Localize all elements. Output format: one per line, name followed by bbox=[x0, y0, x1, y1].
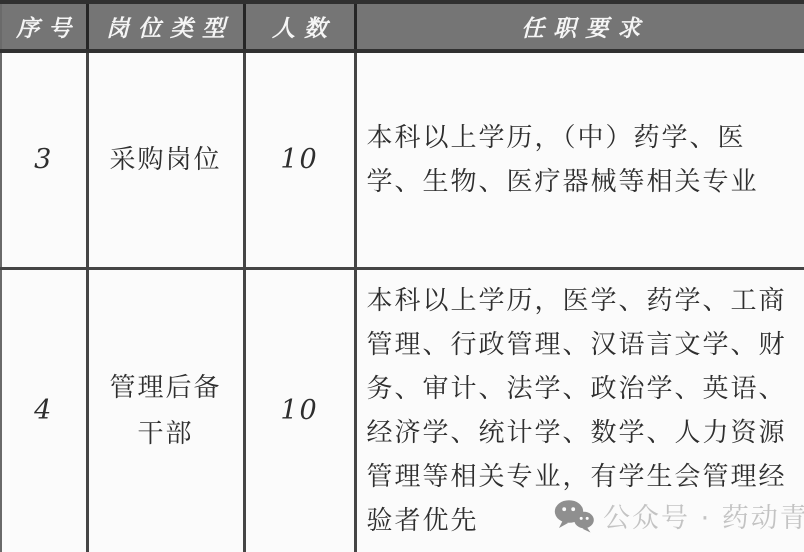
header-headcount: 人数 bbox=[244, 2, 355, 51]
header-position-type: 岗位类型 bbox=[87, 2, 244, 51]
serial-number-cell: 4 bbox=[1, 268, 87, 552]
table-row: 4 管理后备干部 10 本科以上学历，医学、药学、工商管理、行政管理、汉语言文学… bbox=[1, 268, 804, 552]
table-header-row: 序号 岗位类型 人数 任职要求 bbox=[1, 2, 804, 51]
job-requirements-cell: 本科以上学历，（中）药学、医学、生物、医疗器械等相关专业 bbox=[355, 51, 804, 268]
recruitment-positions-table: 序号 岗位类型 人数 任职要求 3 采购岗位 10 本科以上学历，（中）药学、医… bbox=[0, 0, 804, 552]
job-requirements-cell: 本科以上学历，医学、药学、工商管理、行政管理、汉语言文学、财务、审计、法学、政治… bbox=[355, 268, 804, 552]
header-serial-number: 序号 bbox=[1, 2, 87, 51]
table-row: 3 采购岗位 10 本科以上学历，（中）药学、医学、生物、医疗器械等相关专业 bbox=[1, 51, 804, 268]
position-type-cell: 管理后备干部 bbox=[87, 268, 244, 552]
serial-number-cell: 3 bbox=[1, 51, 87, 268]
headcount-cell: 10 bbox=[244, 51, 355, 268]
headcount-cell: 10 bbox=[244, 268, 355, 552]
position-type-cell: 采购岗位 bbox=[87, 51, 244, 268]
header-job-requirements: 任职要求 bbox=[355, 2, 804, 51]
